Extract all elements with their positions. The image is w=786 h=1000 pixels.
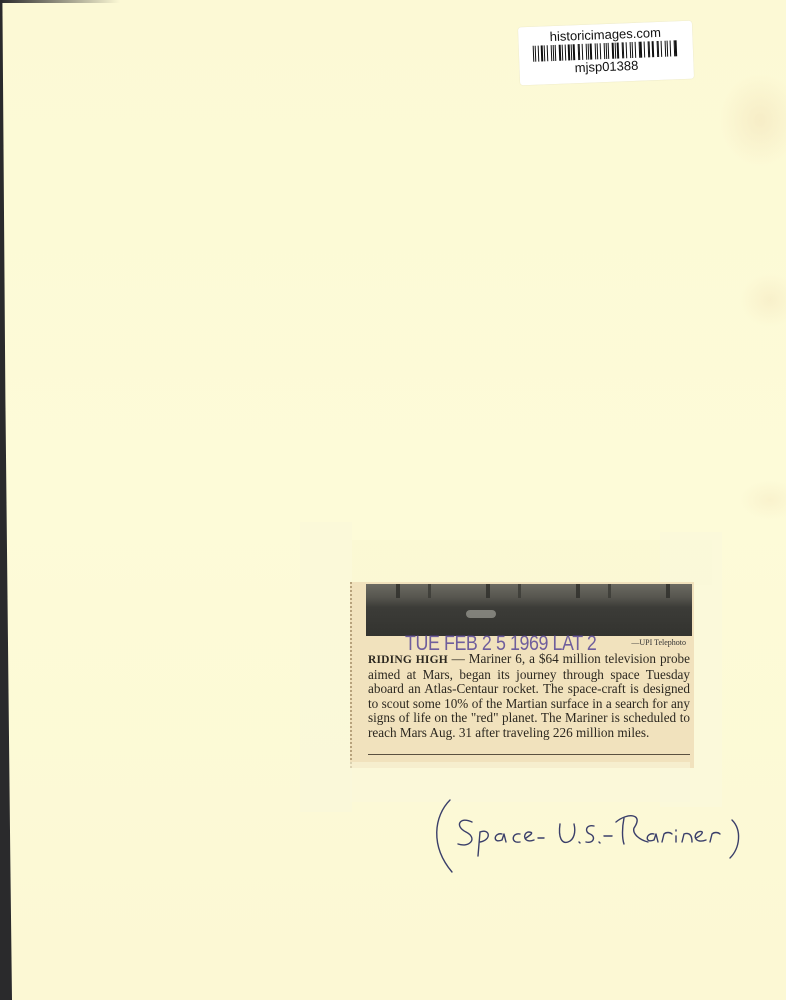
barcode-bar	[597, 43, 598, 59]
barcode-bar	[535, 46, 536, 62]
barcode-bar	[675, 40, 677, 56]
barcode-bar	[631, 42, 633, 58]
newspaper-clipping: —UPI Telephoto RIDING HIGH — Mariner 6, …	[350, 582, 694, 768]
barcode-bar	[579, 44, 580, 60]
tape-strip-left	[300, 522, 352, 812]
barcode-bar	[649, 41, 650, 57]
clipping-caption: RIDING HIGH — Mariner 6, a $64 million t…	[368, 652, 690, 741]
barcode-bar	[614, 43, 615, 59]
tape-strip-top	[352, 540, 712, 585]
scan-edge-shadow-top	[0, 0, 120, 3]
barcode-bar	[600, 43, 601, 59]
handwritten-note: (Space - U.S. - Mariner)	[428, 798, 758, 876]
barcode-bar	[587, 44, 588, 60]
clipping-photo	[366, 584, 692, 636]
barcode-bar	[573, 44, 575, 60]
barcode-bar	[564, 45, 565, 61]
barcode-bar	[635, 42, 636, 58]
barcode-bar	[562, 45, 563, 61]
barcode-bar	[608, 43, 609, 59]
barcode-label: historicimages.com mjsp01388	[518, 21, 694, 86]
barcode-bar	[605, 43, 606, 59]
photo-back-page: historicimages.com mjsp01388 —UPI Teleph…	[0, 0, 786, 1000]
barcode-bar	[570, 44, 571, 60]
date-stamp: TUE FEB 2 5 1969 LAT 2	[405, 632, 596, 656]
tape-strip-bottom	[350, 762, 690, 802]
barcode-bar	[658, 41, 659, 57]
barcode-bar	[552, 45, 553, 61]
barcode-bar	[652, 41, 654, 57]
barcode-bar	[555, 45, 557, 61]
barcode-bar	[640, 42, 642, 58]
barcode-bar	[626, 42, 627, 58]
barcode-bar	[546, 45, 548, 61]
barcode-bar	[643, 42, 645, 58]
barcode-bar	[666, 41, 668, 57]
clipping-rule	[368, 754, 690, 755]
barcode-bar	[537, 46, 538, 62]
handwritten-note-text: (Space - U.S. - Mariner)	[458, 816, 721, 841]
barcode-bar	[670, 41, 671, 57]
barcode-bar	[623, 42, 625, 58]
barcode-bar	[582, 44, 584, 60]
barcode-bar	[661, 41, 663, 57]
barcode-bar	[617, 43, 619, 59]
barcode-bar	[544, 45, 545, 61]
scan-edge-shadow	[0, 0, 12, 1000]
barcode-bar	[590, 44, 592, 60]
photo-credit: —UPI Telephoto	[631, 638, 686, 647]
